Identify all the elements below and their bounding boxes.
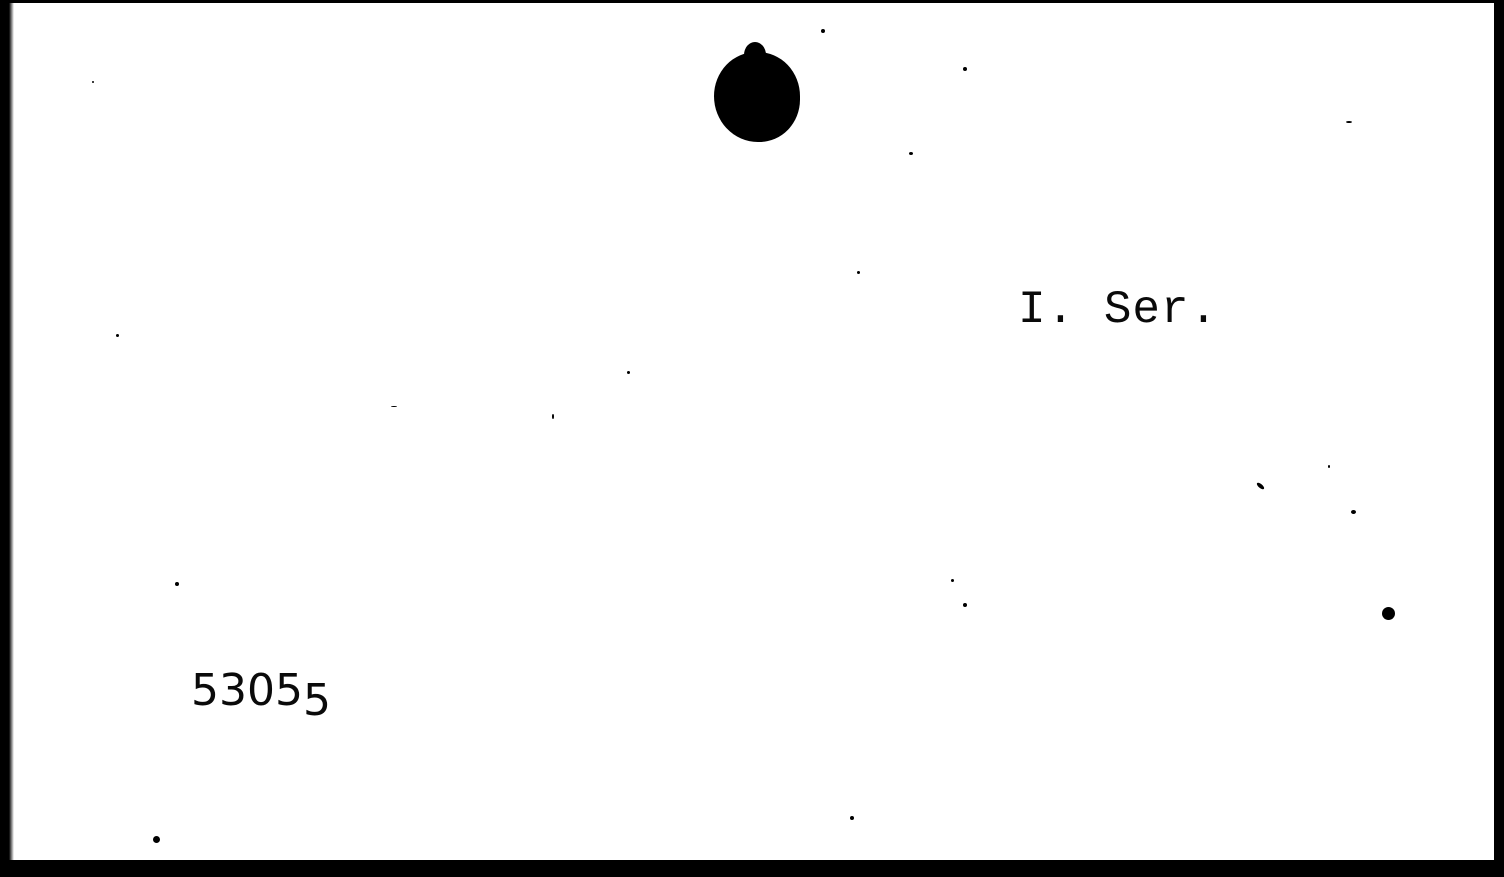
scan-speck — [1346, 121, 1352, 123]
card-number-digit: 5 — [191, 665, 219, 716]
scan-speck — [116, 334, 119, 337]
scan-border-bottom — [0, 860, 1504, 877]
scan-speck — [153, 836, 160, 843]
scan-border-left — [0, 0, 14, 877]
scan-speck — [552, 414, 554, 419]
scan-speck — [1382, 607, 1395, 620]
scan-speck — [175, 582, 179, 586]
scan-speck — [963, 67, 967, 71]
scan-border-right — [1494, 0, 1504, 877]
scan-speck — [391, 406, 397, 407]
scan-speck — [909, 152, 913, 155]
scan-speck — [963, 603, 967, 607]
card-number-digit: 5 — [303, 675, 331, 726]
scan-speck — [857, 271, 860, 274]
scan-speck — [1351, 510, 1356, 514]
scan-border-top — [0, 0, 1504, 3]
scan-speck — [1328, 465, 1330, 468]
scan-speck — [92, 81, 94, 83]
card-number-digit: 0 — [247, 665, 275, 716]
scan-speck — [951, 579, 954, 582]
card-number-digit: 5 — [275, 665, 303, 716]
scan-speck — [821, 29, 825, 33]
scan-speck — [627, 371, 630, 374]
card-heading: I. Ser. — [1018, 284, 1218, 336]
punch-hole-icon — [714, 52, 800, 142]
scan-speck — [850, 816, 854, 820]
card-number: 53055 — [191, 665, 331, 716]
card-number-digit: 3 — [219, 665, 247, 716]
